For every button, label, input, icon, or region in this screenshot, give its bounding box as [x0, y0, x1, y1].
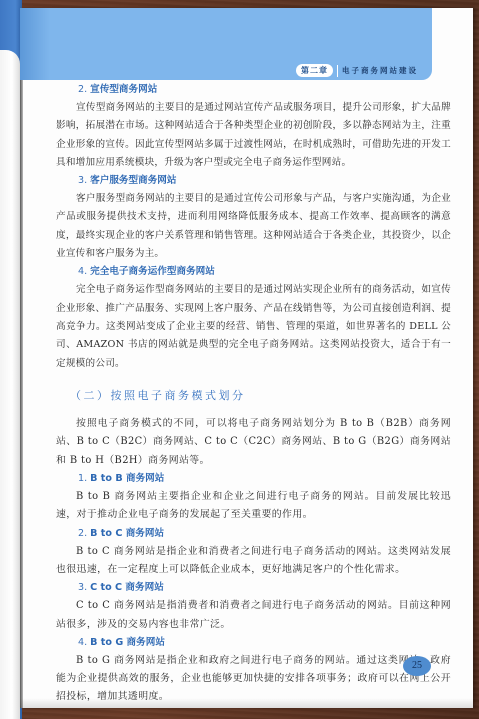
section-title: 客户服务型商务网站	[90, 175, 176, 186]
section-body-customer-service: 客户服务型商务网站的主要目的是通过宣传公司形象与产品，与客户实施沟通，为企业产品…	[56, 190, 451, 263]
subsection-title: C to C 商务网站	[90, 582, 164, 593]
part-heading-by-mode: （二）按照电子商务模式划分	[70, 387, 451, 405]
page-bottom-shadow	[20, 698, 473, 708]
subsection-heading-b2c: 2.B to C 商务网站	[76, 525, 451, 543]
section-body-promotional: 宣传型商务网站的主要目的是通过网站宣传产品或服务项目，提升公司形象，扩大品牌影响…	[56, 99, 451, 172]
subsection-number: 3.	[78, 582, 87, 593]
subsection-heading-b2g: 4.B to G 商务网站	[76, 634, 451, 652]
section-title: 完全电子商务运作型商务网站	[90, 266, 215, 277]
page-spine	[20, 8, 23, 708]
subsection-title: B to G 商务网站	[90, 637, 165, 648]
section-heading-promotional: 2.宣传型商务网站	[76, 81, 451, 99]
subsection-body-b2b: B to B 商务网站主要指企业和企业之间进行电子商务的网站。目前发展比较迅速，…	[56, 488, 451, 525]
subsection-number: 1.	[78, 473, 87, 484]
section-number: 4.	[78, 266, 87, 277]
subsection-heading-b2b: 1.B to B 商务网站	[76, 470, 451, 488]
part-intro: 按照电子商务模式的不同，可以将电子商务网站划分为 B to B（B2B）商务网站…	[56, 415, 451, 470]
chapter-label: 第二章 电子商务网站建设	[296, 64, 418, 77]
chapter-separator	[337, 65, 338, 77]
section-heading-full-ecommerce: 4.完全电子商务运作型商务网站	[76, 263, 451, 281]
book-page: 第二章 电子商务网站建设 2.宣传型商务网站 宣传型商务网站的主要目的是通过网站…	[20, 8, 473, 708]
chapter-number-badge: 第二章	[296, 64, 333, 77]
subsection-body-c2c: C to C 商务网站是指消费者和消费者之间进行电子商务活动的网站。目前这种网站…	[56, 597, 451, 634]
subsection-body-b2c: B to C 商务网站是指企业和消费者之间进行电子商务活动的网站。这类网站发展也…	[56, 543, 451, 580]
photo-scene: 第二章 电子商务网站建设 2.宣传型商务网站 宣传型商务网站的主要目的是通过网站…	[0, 0, 479, 719]
subsection-number: 4.	[78, 637, 87, 648]
previous-page-curl	[0, 50, 20, 719]
page-content: 2.宣传型商务网站 宣传型商务网站的主要目的是通过网站宣传产品或服务项目，提升公…	[56, 81, 451, 707]
chapter-title: 电子商务网站建设	[342, 65, 418, 76]
section-number: 3.	[78, 175, 87, 186]
section-title: 宣传型商务网站	[90, 84, 157, 95]
subsection-title: B to B 商务网站	[90, 473, 164, 484]
subsection-number: 2.	[78, 528, 87, 539]
section-heading-customer-service: 3.客户服务型商务网站	[76, 172, 451, 190]
section-body-full-ecommerce: 完全电子商务运作型商务网站的主要目的是通过网站实现企业所有的商务活动，如宣传企业…	[56, 281, 451, 372]
section-number: 2.	[78, 84, 87, 95]
subsection-title: B to C 商务网站	[90, 528, 164, 539]
chapter-header-band: 第二章 电子商务网站建设	[20, 8, 432, 80]
page-number-badge: 25	[403, 656, 431, 676]
subsection-heading-c2c: 3.C to C 商务网站	[76, 579, 451, 597]
header-band-shade	[20, 8, 50, 80]
